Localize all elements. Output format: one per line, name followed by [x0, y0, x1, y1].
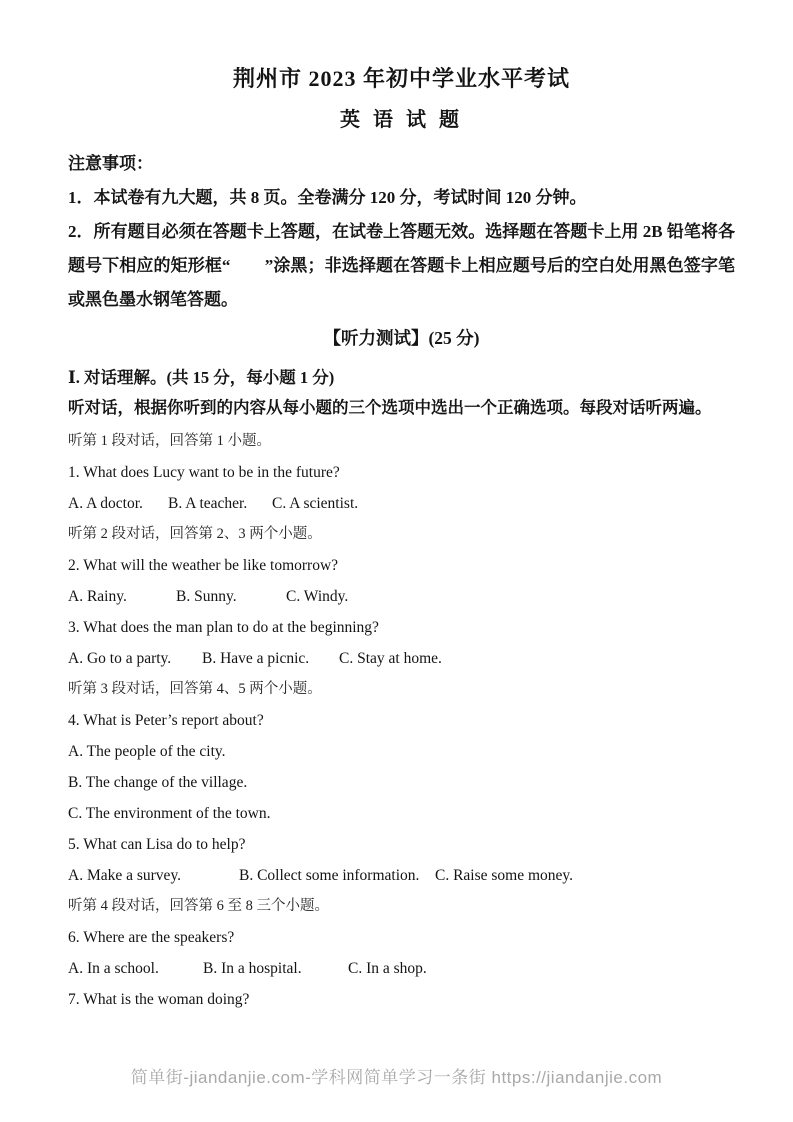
- listening-note-2: 听第 2 段对话，回答第 2、3 两个小题。: [68, 519, 735, 550]
- listening-section-header: 【听力测试】(25 分): [68, 323, 735, 353]
- notice-item-2: 2．所有题目必须在答题卡上答题，在试卷上答题无效。选择题在答题卡上用 2B 铅笔…: [68, 215, 735, 317]
- question-1: 1. What does Lucy want to be in the futu…: [68, 457, 735, 488]
- question-5-option-b: B. Collect some information.: [239, 860, 431, 891]
- question-1-option-b: B. A teacher.: [168, 488, 268, 519]
- question-4: 4. What is Peter’s report about?: [68, 705, 735, 736]
- question-6: 6. Where are the speakers?: [68, 922, 735, 953]
- question-7: 7. What is the woman doing?: [68, 984, 735, 1015]
- question-1-option-a: A. A doctor.: [68, 488, 164, 519]
- question-5-option-a: A. Make a survey.: [68, 860, 235, 891]
- question-5-options-row: A. Make a survey. B. Collect some inform…: [68, 860, 735, 891]
- watermark-footer: 简单街-jiandanjie.com-学科网简单学习一条街 https://ji…: [0, 1066, 793, 1090]
- question-2-option-a: A. Rainy.: [68, 581, 172, 612]
- question-2-option-b: B. Sunny.: [176, 581, 282, 612]
- question-3-option-b: B. Have a picnic.: [202, 643, 335, 674]
- question-6-option-b: B. In a hospital.: [203, 953, 344, 984]
- notice-section: 注意事项： 1．本试卷有九大题，共 8 页。全卷满分 120 分，考试时间 12…: [68, 147, 735, 317]
- question-5: 5. What can Lisa do to help?: [68, 829, 735, 860]
- question-2: 2. What will the weather be like tomorro…: [68, 550, 735, 581]
- question-4-option-c: C. The environment of the town.: [68, 798, 735, 829]
- questions-block: 听第 1 段对话，回答第 1 小题。 1. What does Lucy wan…: [68, 426, 735, 1015]
- question-6-options-row: A. In a school. B. In a hospital. C. In …: [68, 953, 735, 984]
- question-1-options-row: A. A doctor. B. A teacher. C. A scientis…: [68, 488, 735, 519]
- question-6-option-c: C. In a shop.: [348, 953, 427, 984]
- exam-paper-page: 荆州市 2023 年初中学业水平考试 英 语 试 题 注意事项： 1．本试卷有九…: [0, 0, 793, 1122]
- page-title: 荆州市 2023 年初中学业水平考试: [68, 65, 735, 93]
- page-subtitle: 英 语 试 题: [68, 107, 735, 133]
- question-4-option-b: B. The change of the village.: [68, 767, 735, 798]
- part1-instruction: 听对话，根据你听到的内容从每小题的三个选项中选出一个正确选项。每段对话听两遍。: [68, 393, 735, 423]
- question-4-option-a: A. The people of the city.: [68, 736, 735, 767]
- question-5-option-c: C. Raise some money.: [435, 860, 573, 891]
- question-2-option-c: C. Windy.: [286, 581, 348, 612]
- listening-note-3: 听第 3 段对话，回答第 4、5 两个小题。: [68, 674, 735, 705]
- question-3-option-c: C. Stay at home.: [339, 643, 442, 674]
- question-6-option-a: A. In a school.: [68, 953, 199, 984]
- question-2-options-row: A. Rainy. B. Sunny. C. Windy.: [68, 581, 735, 612]
- question-3-option-a: A. Go to a party.: [68, 643, 198, 674]
- notice-heading: 注意事项：: [68, 147, 735, 181]
- notice-item-1: 1．本试卷有九大题，共 8 页。全卷满分 120 分，考试时间 120 分钟。: [68, 181, 735, 215]
- question-3: 3. What does the man plan to do at the b…: [68, 612, 735, 643]
- listening-note-4: 听第 4 段对话，回答第 6 至 8 三个小题。: [68, 891, 735, 922]
- listening-note-1: 听第 1 段对话，回答第 1 小题。: [68, 426, 735, 457]
- question-1-option-c: C. A scientist.: [272, 488, 358, 519]
- question-3-options-row: A. Go to a party. B. Have a picnic. C. S…: [68, 643, 735, 674]
- part1-heading: Ⅰ. 对话理解。(共 15 分，每小题 1 分): [68, 363, 735, 393]
